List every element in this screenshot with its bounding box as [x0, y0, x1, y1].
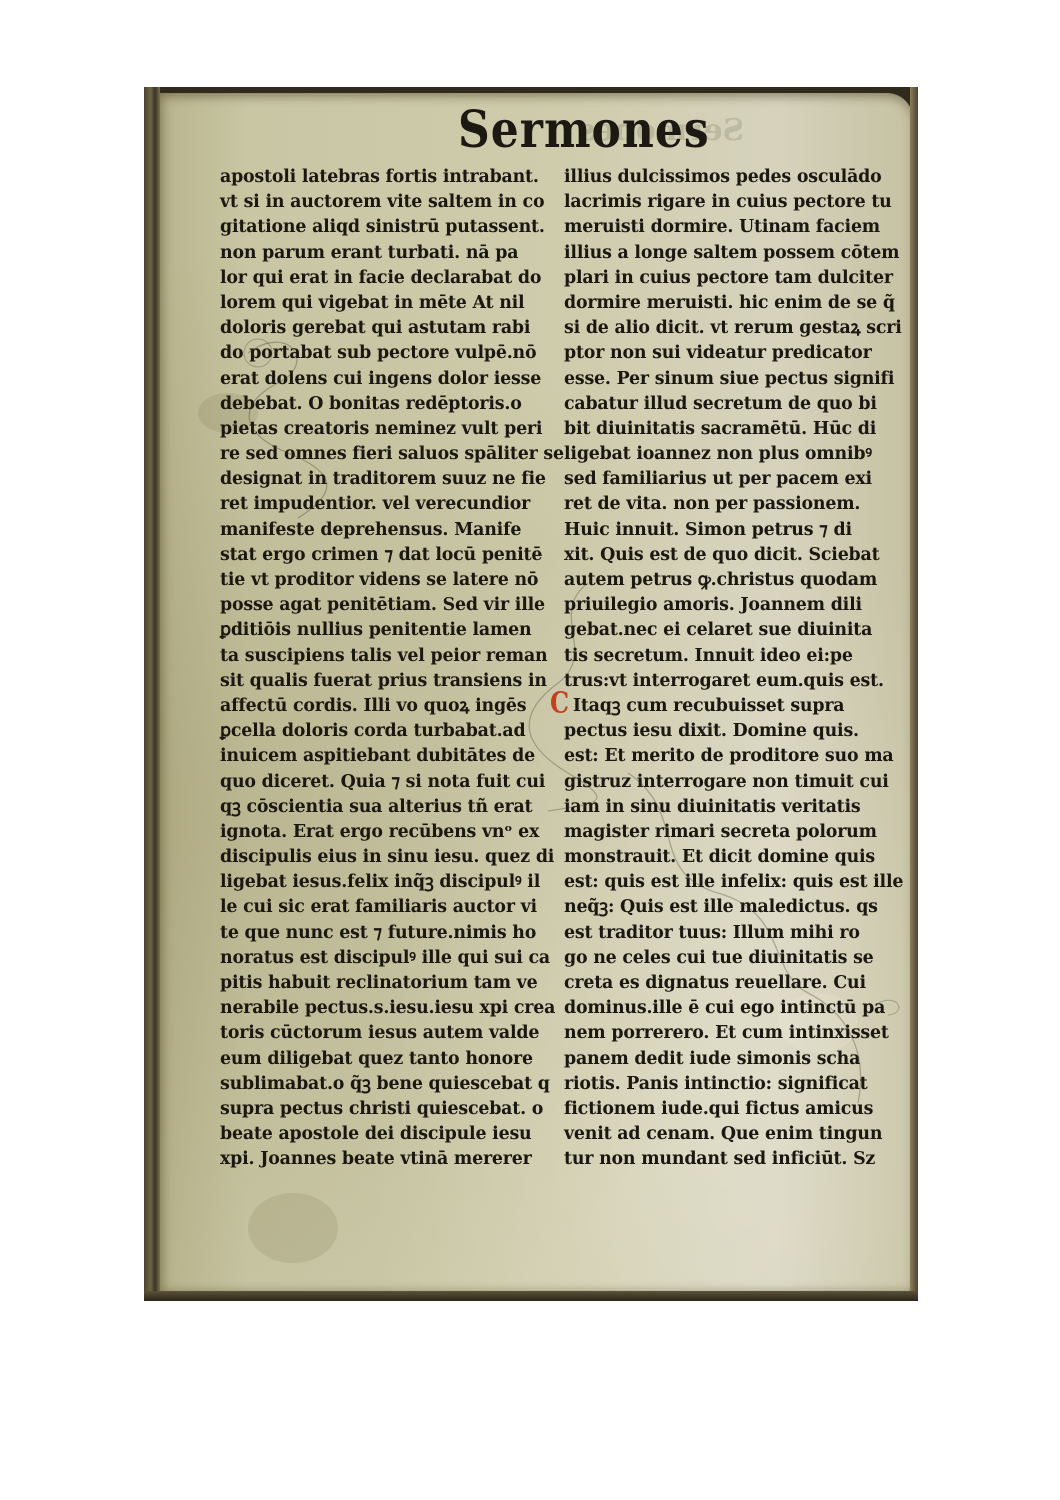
text-line: ta suscipiens talis vel peior reman — [220, 644, 538, 669]
text-line: est traditor tuus: Illum mihi ro — [564, 921, 884, 946]
text-line: discipulis eius in sinu iesu. quez di — [220, 845, 538, 870]
text-line: lacrimis rigare in cuius pectore tu — [564, 190, 884, 215]
text-line: inuicem aspitiebant dubitātes de — [220, 744, 538, 769]
text-line: te que nunc est ⁊ future.nimis ho — [220, 921, 538, 946]
text-line: dormire meruisti. hic enim de se q̃ — [564, 291, 884, 316]
text-line: ptor non sui videatur predicator — [564, 341, 884, 366]
text-line: toris cūctorum iesus autem valde — [220, 1021, 538, 1046]
text-line: meruisti dormire. Utinam faciem — [564, 215, 884, 240]
text-line: gebat.nec ei celaret sue diuinita — [564, 618, 884, 643]
text-line: venit ad cenam. Que enim tingun — [564, 1122, 884, 1147]
text-line: supra pectus christi quiescebat. o — [220, 1097, 538, 1122]
text-line: re sed omnes fieri saluos spāliter se — [220, 442, 538, 467]
right-text-column: illius dulcissimos pedes osculādo lacrim… — [564, 165, 884, 1173]
text-line: vt si in auctorem vite saltem in co — [220, 190, 538, 215]
text-line: quo diceret. Quia ⁊ si nota fuit cui — [220, 770, 538, 795]
text-line: creta es dignatus reuellare. Cui — [564, 971, 884, 996]
text-line: nerabile pectus.s.iesu.iesu xpi crea — [220, 996, 538, 1021]
text-line: sit qualis fuerat prius transiens in — [220, 669, 538, 694]
text-line: trus:vt interrogaret eum.quis est. — [564, 669, 884, 694]
text-line: designat in traditorem suuz ne fie — [220, 467, 538, 492]
text-line: Itaqꝫ cum recubuisset supra — [573, 696, 844, 716]
text-line: esse. Per sinum siue pectus signifi — [564, 367, 884, 392]
text-line: pitis habuit reclinatorium tam ve — [220, 971, 538, 996]
text-line: pietas creatoris neminez vult peri — [220, 417, 538, 442]
text-line: le cui sic erat familiaris auctor vi — [220, 895, 538, 920]
text-line: monstrauit. Et dicit domine quis — [564, 845, 884, 870]
red-paragraph-mark-icon: C — [550, 692, 569, 714]
text-line: illius a longe saltem possem cōtem — [564, 241, 884, 266]
text-line: gistruz interrogare non timuit cui — [564, 770, 884, 795]
text-line: stat ergo crimen ⁊ dat locū penitē — [220, 543, 538, 568]
text-line: qꝫ cōscientia sua alterius tñ erat — [220, 795, 538, 820]
text-line: noratus est discipulꝰ ille qui sui ca — [220, 946, 538, 971]
text-line: ret de vita. non per passionem. — [564, 492, 884, 517]
text-line: panem dedit iude simonis scha — [564, 1047, 884, 1072]
text-line: apostoli latebras fortis intrabant. — [220, 165, 538, 190]
text-line: doloris gerebat qui astutam rabi — [220, 316, 538, 341]
left-text-column: apostoli latebras fortis intrabant. vt s… — [220, 165, 538, 1173]
text-line: eum diligebat quez tanto honore — [220, 1047, 538, 1072]
page-bottom-edge — [144, 1291, 918, 1301]
text-line: neq̃ꝫ: Quis est ille maledictus. qs — [564, 895, 884, 920]
text-line: non parum erant turbati. nā pa — [220, 241, 538, 266]
text-line: go ne celes cui tue diuinitatis se — [564, 946, 884, 971]
text-line: nem porrerero. Et cum intinxisset — [564, 1021, 884, 1046]
page-fore-edge — [910, 87, 918, 1301]
text-line: sublimabat.o q̃ꝫ bene quiescebat q — [220, 1072, 538, 1097]
text-line: beate apostole dei discipule iesu — [220, 1122, 538, 1147]
text-line: ꝑcella doloris corda turbabat.ad — [220, 719, 538, 744]
text-line: ligebat iesus.felix inq̃ꝫ discipulꝰ il — [220, 870, 538, 895]
text-line: gitatione aliqd sinistrū putassent. — [220, 215, 538, 240]
text-line: cabatur illud secretum de quo bi — [564, 392, 884, 417]
text-line: illius dulcissimos pedes osculādo — [564, 165, 884, 190]
text-line: priuilegio amoris. Joannem dili — [564, 593, 884, 618]
text-line: affectū cordis. Illi vo quoꝝ ingēs — [220, 694, 538, 719]
paper-leaf: Sermones Sermones apostoli latebras fort… — [158, 93, 913, 1291]
text-line: pectus iesu dixit. Domine quis. — [564, 719, 884, 744]
text-line: ligebat ioannez non plus omnibꝰ — [564, 442, 884, 467]
text-line: ret impudentior. vel verecundior — [220, 492, 538, 517]
text-line: fictionem iude.qui fictus amicus — [564, 1097, 884, 1122]
text-line: bit diuinitatis sacramētū. Hūc di — [564, 417, 884, 442]
text-line: autem petrus ꝙ.christus quodam — [564, 568, 884, 593]
text-line: sed familiarius ut per pacem exi — [564, 467, 884, 492]
running-head-title: Sermones — [458, 101, 638, 160]
text-line: manifeste deprehensus. Manife — [220, 518, 538, 543]
binding-gutter — [144, 87, 160, 1301]
text-line: lorem qui vigebat in mēte At nil — [220, 291, 538, 316]
text-line: plari in cuius pectore tam dulciter — [564, 266, 884, 291]
text-line: tis secretum. Innuit ideo ei:pe — [564, 644, 884, 669]
rubricated-line: CItaqꝫ cum recubuisset supra — [564, 694, 884, 719]
text-line: erat dolens cui ingens dolor iesse — [220, 367, 538, 392]
text-line: do portabat sub pectore vulpē.nō — [220, 341, 538, 366]
text-line: ꝑditiōis nullius penitentie lamen — [220, 618, 538, 643]
text-line: dominus.ille ē cui ego intinctū pa — [564, 996, 884, 1021]
text-line: xpi. Joannes beate vtinā mererer — [220, 1147, 538, 1172]
text-line: tur non mundant sed inficiūt. Sz — [564, 1147, 884, 1172]
text-line: iam in sinu diuinitatis veritatis — [564, 795, 884, 820]
text-line: est: quis est ille infelix: quis est ill… — [564, 870, 884, 895]
text-line: debebat. O bonitas redēptoris.o — [220, 392, 538, 417]
text-line: tie vt proditor videns se latere nō — [220, 568, 538, 593]
text-line: xit. Quis est de quo dicit. Sciebat — [564, 543, 884, 568]
text-line: magister rimari secreta polorum — [564, 820, 884, 845]
foxing-stain — [248, 1193, 338, 1263]
text-line: Huic innuit. Simon petrus ⁊ di — [564, 518, 884, 543]
text-line: riotis. Panis intinctio: significat — [564, 1072, 884, 1097]
text-line: posse agat penitētiam. Sed vir ille — [220, 593, 538, 618]
text-line: ignota. Erat ergo recūbens vnᵒ ex — [220, 820, 538, 845]
text-line: est: Et merito de proditore suo ma — [564, 744, 884, 769]
text-line: si de alio dicit. vt rerum gestaꝝ scri — [564, 316, 884, 341]
scanned-book-page: Sermones Sermones apostoli latebras fort… — [144, 87, 918, 1301]
text-line: lor qui erat in facie declarabat do — [220, 266, 538, 291]
